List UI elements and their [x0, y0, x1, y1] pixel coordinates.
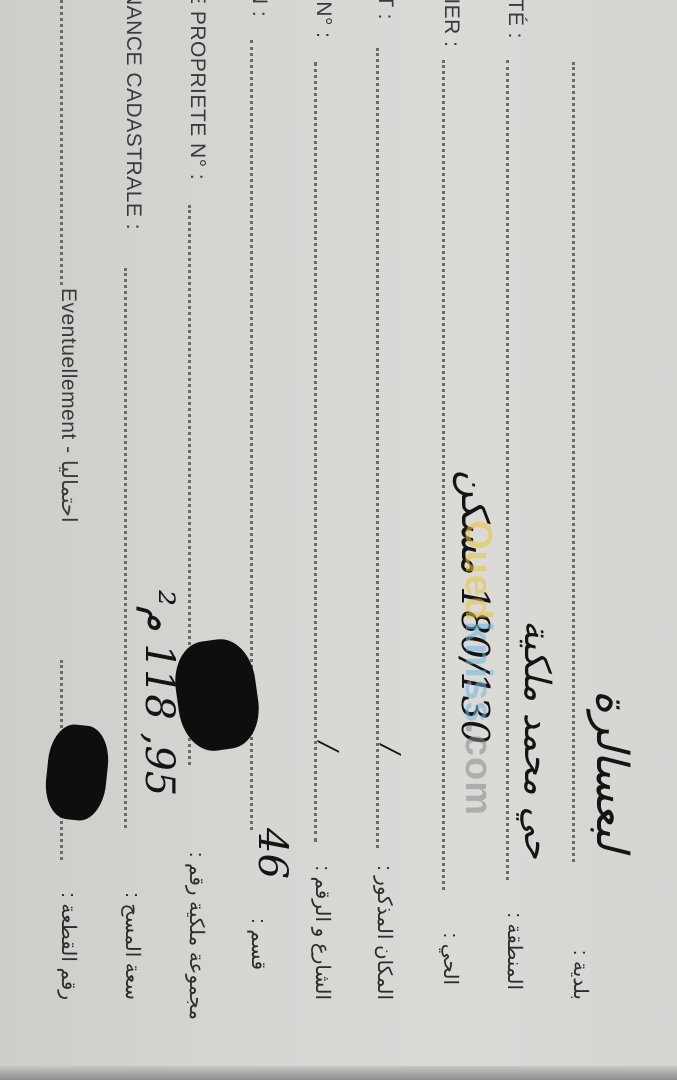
field-lieu-dit: IT : المكان المذكور :: [367, 0, 397, 1080]
paper-edge: [0, 1066, 677, 1080]
field-commune: UNE : بلدية :: [563, 0, 593, 1080]
rotated-form: UNE : بلدية : لبعسالرة LITÉ : المنطقة : …: [0, 0, 677, 1080]
label-ar: المنطقة :: [502, 912, 527, 990]
field-parcelle: Eventuellement - احتماليا رقم القطعة :: [51, 0, 81, 1080]
watermark-part3: .com: [457, 723, 499, 816]
label-fr: E PROPRIETE N° :: [185, 0, 209, 180]
field-contenance: NANCE CADASTRALE : سعة المسح :: [115, 0, 145, 1080]
dotted-line: [60, 0, 63, 285]
document-photo: UNE : بلدية : لبعسالرة LITÉ : المنطقة : …: [0, 0, 677, 1080]
dotted-line: [506, 60, 509, 880]
label-fr: LITÉ :: [503, 0, 527, 39]
watermark-part1: Oued: [457, 520, 499, 621]
handwritten-contenance: 95, 118 م²: [136, 590, 182, 796]
dotted-line: [376, 48, 379, 848]
label-ar: بلدية :: [568, 950, 593, 1000]
label-ar: الشارع و الرقم :: [310, 865, 335, 1000]
field-groupe-propriete: E PROPRIETE N° : مجموعة ملكية رقم :: [179, 0, 209, 1080]
label-fr: NANCE CADASTRALE :: [121, 0, 145, 230]
dotted-line: [314, 62, 317, 842]
handwritten-lieu-dit: /: [375, 745, 405, 754]
field-section: ON : قسم :: [241, 0, 271, 1080]
label-ar: رقم القطعة :: [56, 892, 81, 1000]
label-fr: T N° :: [311, 0, 335, 39]
dotted-line: [124, 268, 127, 828]
dotted-line: [442, 60, 445, 890]
handwritten-commune: لبعسالرة: [586, 690, 637, 851]
watermark: Ouedkniss.com: [456, 520, 499, 816]
label-fr: TIER :: [439, 0, 463, 48]
label-ar: الحي :: [438, 933, 463, 985]
field-ilot: T N° : الشارع و الرقم :: [305, 0, 335, 1080]
label-ar: قسم :: [246, 918, 271, 970]
label-ar: سعة المسح :: [120, 892, 145, 1000]
field-localite: LITÉ : المنطقة :: [497, 0, 527, 1080]
label-ar: مجموعة ملكية رقم :: [184, 852, 209, 1020]
label-fr: ON :: [247, 0, 271, 17]
dotted-line: [572, 62, 575, 862]
label-ar: المكان المذكور :: [372, 865, 397, 1000]
watermark-part2: kniss: [457, 621, 499, 723]
handwritten-section: 46: [249, 828, 295, 879]
handwritten-localite: حي محمد ملكية: [516, 620, 557, 859]
handwritten-ilot: /: [313, 742, 343, 751]
label-fr: IT :: [373, 0, 397, 20]
label-fr: Eventuellement - احتماليا: [56, 288, 81, 523]
